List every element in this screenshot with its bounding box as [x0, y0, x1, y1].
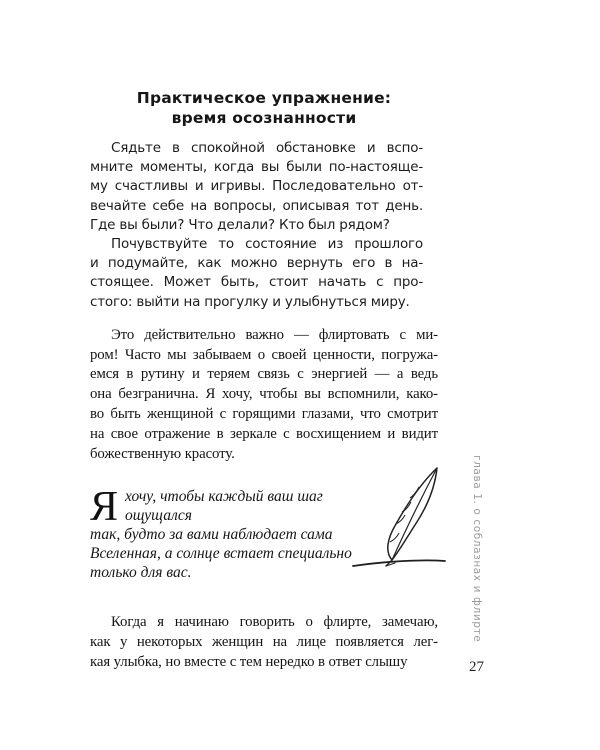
quote-dropcap: Я — [90, 488, 125, 524]
quill-pen-icon — [352, 462, 447, 570]
chapter-sidebar-label: глава 1. о соблазнах и флирте — [471, 455, 483, 655]
text-column: Практическое упражнение:время осознаннос… — [90, 88, 438, 673]
exercise-paragraph-1: Сядьте в спокойной обстановке и вспо-мни… — [90, 139, 423, 235]
quote-text: хочу, чтобы каждый ваш шаг ощущалсятак, … — [90, 488, 363, 582]
body-paragraph-1: Это действительно важно — флиртовать с м… — [90, 326, 438, 465]
body-paragraph-2: Когда я начинаю говорить о флирте, замеч… — [90, 613, 438, 672]
book-page: Практическое упражнение:время осознаннос… — [0, 0, 600, 750]
exercise-paragraph-2: Почувствуйте то состояние из прошлогои п… — [90, 235, 423, 312]
exercise-heading: Практическое упражнение:время осознаннос… — [90, 88, 438, 128]
page-number: 27 — [469, 659, 484, 676]
